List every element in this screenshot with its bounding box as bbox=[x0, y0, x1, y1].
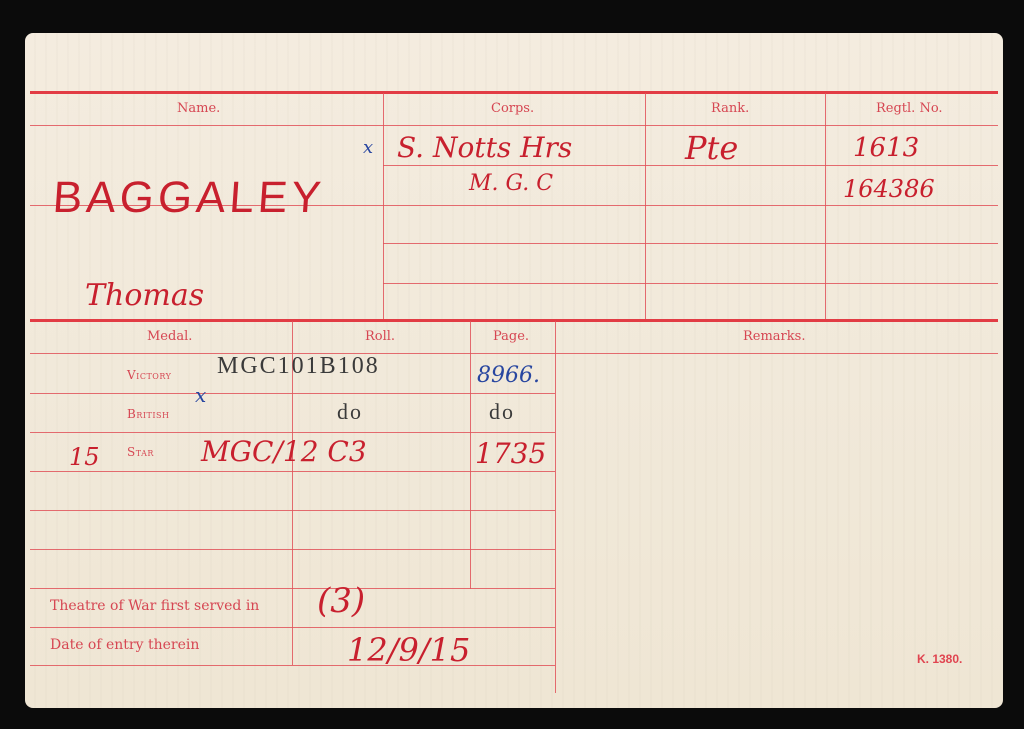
col-divider bbox=[383, 93, 384, 319]
regtl-no-header: Regtl. No. bbox=[876, 101, 943, 116]
row-line bbox=[383, 243, 998, 244]
regtl-no-2: 164386 bbox=[843, 175, 935, 203]
medal-header: Medal. bbox=[147, 329, 192, 344]
victory-mark: x bbox=[195, 383, 206, 407]
col-divider bbox=[825, 93, 826, 319]
roll-header: Roll. bbox=[365, 329, 395, 344]
rank-header: Rank. bbox=[711, 101, 749, 116]
rank-value: Pte bbox=[685, 129, 738, 167]
medal-british-label: British bbox=[127, 407, 169, 421]
medal-star-label: Star bbox=[127, 445, 154, 459]
medal-row-line bbox=[30, 665, 555, 666]
victory-roll: MGC101B108 bbox=[217, 353, 380, 380]
theatre-label: Theatre of War first served in bbox=[50, 598, 259, 614]
corps-line-2: M. G. C bbox=[469, 171, 553, 196]
remarks-header: Remarks. bbox=[743, 329, 805, 344]
name-header: Name. bbox=[177, 101, 220, 116]
british-roll: do bbox=[337, 399, 363, 425]
remarks-divider bbox=[555, 321, 556, 693]
col-divider bbox=[645, 93, 646, 319]
mid-rule bbox=[30, 319, 998, 322]
regtl-no-1: 1613 bbox=[853, 133, 919, 163]
surname: BAGGALEY bbox=[51, 173, 326, 223]
medal-victory-label: Victory bbox=[127, 368, 171, 382]
star-page: 1735 bbox=[475, 437, 546, 470]
header-underline bbox=[30, 125, 998, 126]
name-mark: x bbox=[363, 137, 373, 158]
star-prefix: 15 bbox=[69, 443, 100, 471]
lower-header-underline bbox=[30, 353, 998, 354]
corps-line-1: S. Notts Hrs bbox=[397, 131, 572, 164]
medal-index-card: Name. Corps. Rank. Regtl. No. BAGGALEY x… bbox=[25, 33, 1003, 708]
page-divider bbox=[470, 321, 471, 589]
theatre-value: (3) bbox=[317, 581, 365, 621]
corps-header: Corps. bbox=[491, 101, 534, 116]
date-label: Date of entry therein bbox=[50, 637, 199, 653]
british-page: do bbox=[489, 399, 515, 425]
date-value: 12/9/15 bbox=[347, 631, 470, 669]
page-header: Page. bbox=[493, 329, 529, 344]
top-rule bbox=[30, 91, 998, 94]
form-number: K. 1380. bbox=[917, 652, 962, 666]
row-line bbox=[383, 283, 998, 284]
forename: Thomas bbox=[85, 278, 204, 313]
victory-page: 8966. bbox=[477, 363, 540, 388]
star-roll: MGC/12 C3 bbox=[201, 435, 367, 468]
